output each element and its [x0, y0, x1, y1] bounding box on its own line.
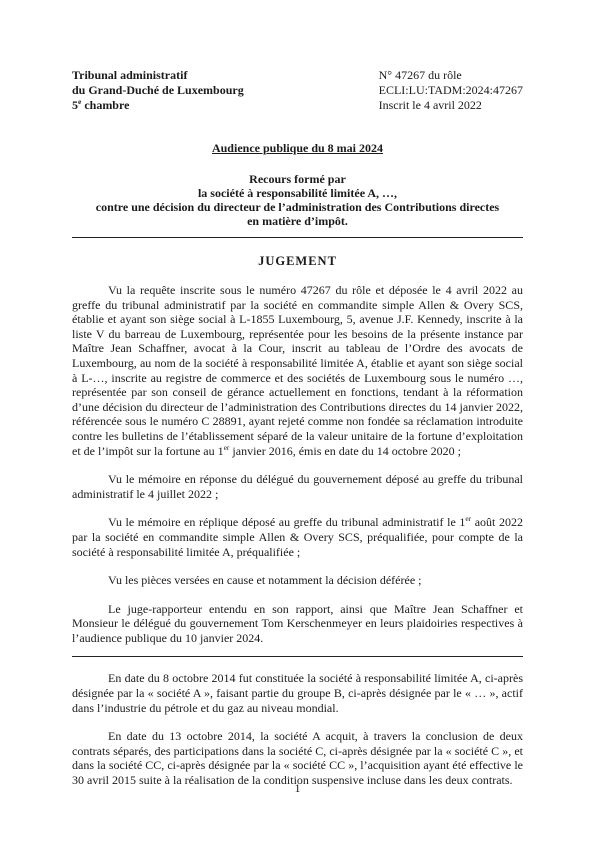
paragraph-acquisition: En date du 13 octobre 2014, la société A…: [72, 729, 523, 787]
judgment-heading: JUGEMENT: [72, 254, 523, 269]
document-page: Tribunal administratif du Grand-Duché de…: [0, 0, 595, 842]
separator-rule-facts: [72, 656, 523, 657]
subtitle-line: contre une décision du directeur de l’ad…: [72, 200, 523, 214]
audience-date: Audience publique du 8 mai 2024: [212, 141, 383, 155]
court-jurisdiction: du Grand-Duché de Luxembourg: [72, 83, 244, 98]
paragraph-text: Vu le mémoire en réplique déposé au gref…: [108, 515, 465, 529]
court-identification: Tribunal administratif du Grand-Duché de…: [72, 68, 244, 113]
page-number: 1: [0, 781, 595, 796]
chamber-label: chambre: [81, 98, 129, 112]
inscription-date: Inscrit le 4 avril 2022: [379, 98, 523, 113]
paragraph-pieces: Vu les pièces versées en cause et notamm…: [72, 573, 523, 588]
court-chamber: 5e chambre: [72, 98, 244, 113]
document-header: Tribunal administratif du Grand-Duché de…: [72, 68, 523, 113]
paragraph-text: Vu la requête inscrite sous le numéro 47…: [72, 283, 523, 458]
separator-rule-top: [72, 237, 523, 238]
subtitle-line: la société à responsabilité limitée A, ……: [72, 186, 523, 200]
paragraph-juge-rapporteur: Le juge-rapporteur entendu en son rappor…: [72, 602, 523, 646]
ecli-reference: ECLI:LU:TADM:2024:47267: [379, 83, 523, 98]
audience-heading: Audience publique du 8 mai 2024: [72, 141, 523, 156]
subtitle-line: en matière d’impôt.: [72, 214, 523, 228]
case-subtitle: Recours formé par la société à responsab…: [72, 172, 523, 229]
case-reference: N° 47267 du rôle ECLI:LU:TADM:2024:47267…: [379, 68, 523, 113]
paragraph-text: janvier 2016, émis en date du 14 octobre…: [229, 444, 461, 458]
paragraph-memoire-reponse: Vu le mémoire en réponse du délégué du g…: [72, 472, 523, 501]
court-name: Tribunal administratif: [72, 68, 244, 83]
case-number: N° 47267 du rôle: [379, 68, 523, 83]
paragraph-constitution-societe: En date du 8 octobre 2014 fut constituée…: [72, 671, 523, 715]
paragraph-memoire-replique: Vu le mémoire en réplique déposé au gref…: [72, 515, 523, 559]
subtitle-line: Recours formé par: [72, 172, 523, 186]
paragraph-requete: Vu la requête inscrite sous le numéro 47…: [72, 283, 523, 458]
